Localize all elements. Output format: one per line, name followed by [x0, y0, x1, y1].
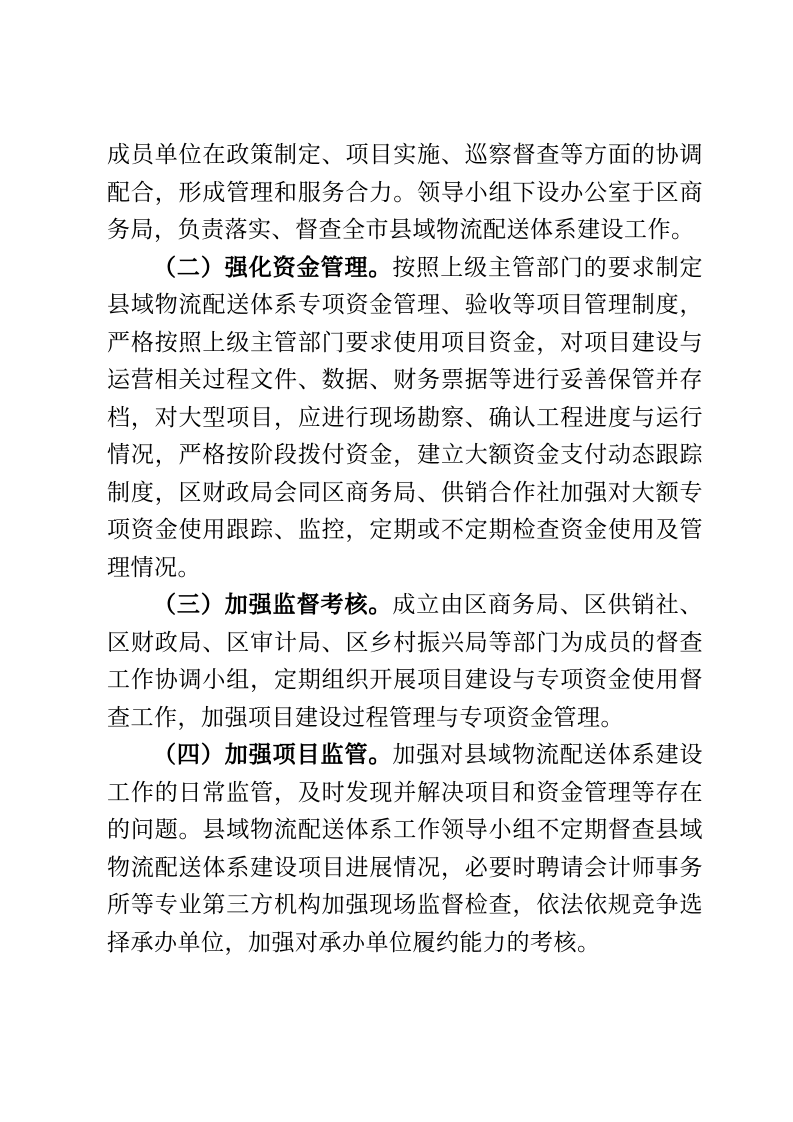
paragraph-text: 成员单位在政策制定、项目实施、巡察督查等方面的协调配合，形成管理和服务合力。领导…	[107, 141, 703, 242]
paragraph-heading: （四）加强项目监管。	[153, 741, 392, 767]
paragraph-continuation: 成员单位在政策制定、项目实施、巡察督查等方面的协调配合，形成管理和服务合力。领导…	[107, 136, 703, 249]
paragraph-section-4: （四）加强项目监管。加强对县域物流配送体系建设工作的日常监管，及时发现并解决项目…	[107, 736, 703, 961]
paragraph-section-3: （三）加强监督考核。成立由区商务局、区供销社、区财政局、区审计局、区乡村振兴局等…	[107, 586, 703, 736]
paragraph-text: 加强对县域物流配送体系建设工作的日常监管，及时发现并解决项目和资金管理等存在的问…	[107, 741, 703, 955]
document-page: 成员单位在政策制定、项目实施、巡察督查等方面的协调配合，形成管理和服务合力。领导…	[0, 0, 793, 1122]
paragraph-heading: （二）强化资金管理。	[153, 254, 392, 280]
paragraph-text: 按照上级主管部门的要求制定县域物流配送体系专项资金管理、验收等项目管理制度，严格…	[107, 254, 703, 580]
paragraph-heading: （三）加强监督考核。	[153, 591, 392, 617]
document-content: 成员单位在政策制定、项目实施、巡察督查等方面的协调配合，形成管理和服务合力。领导…	[107, 136, 703, 961]
paragraph-section-2: （二）强化资金管理。按照上级主管部门的要求制定县域物流配送体系专项资金管理、验收…	[107, 249, 703, 587]
